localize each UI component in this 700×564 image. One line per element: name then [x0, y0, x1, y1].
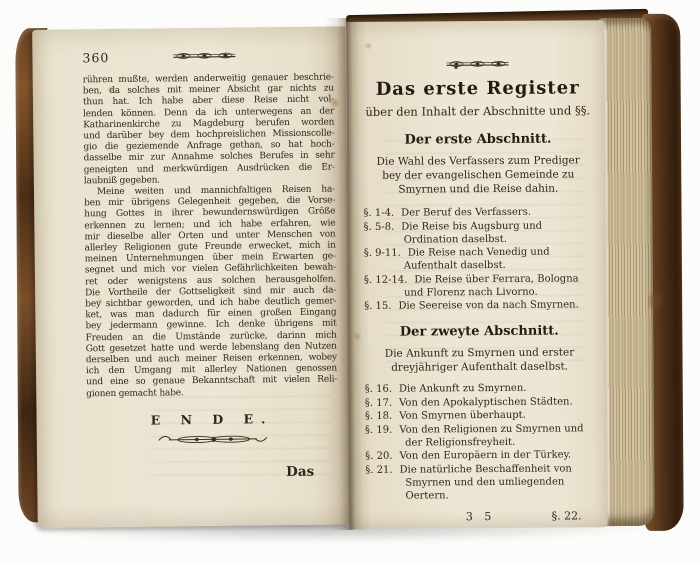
register-entry: §. 21.Die natürliche Beschaffenheit von … — [365, 462, 595, 503]
entry-paragraph-ref: §. 12-14. — [364, 274, 407, 285]
entry-paragraph-ref: §. 20. — [365, 451, 392, 462]
register-entry: §. 17.Von den Apokalyptischen Städten. — [365, 395, 595, 410]
entry-paragraph-ref: §. 1-4. — [363, 208, 394, 219]
entry-paragraph-ref: §. 17. — [365, 397, 392, 408]
entry-paragraph-ref: §. 16. — [365, 384, 392, 395]
register-entry: §. 9-11.Die Reise nach Venedig und Aufen… — [364, 245, 594, 273]
register-entry: §. 1-4.Der Beruf des Verfassers. — [363, 205, 593, 220]
headpiece-ornament-icon — [173, 51, 235, 62]
entry-text: Der Beruf des Verfassers. — [401, 207, 531, 219]
entry-text: Die Seereise von da nach Smyrnen. — [398, 299, 578, 311]
section-intro: Die Wahl des Verfassers zum Prediger bey… — [363, 153, 593, 197]
tailpiece-ornament-icon — [156, 431, 268, 446]
right-page-footer: 3 5 §. 22. — [366, 509, 596, 525]
headpiece-ornament-icon — [446, 59, 508, 69]
entry-text: Von den Religionen zu Smyrnen und der Re… — [399, 423, 583, 448]
section-entries: §. 16.Die Ankunft zu Smyrnen. §. 17.Von … — [365, 381, 596, 502]
page-block-fore-edge — [599, 18, 655, 526]
page-number: 360 — [82, 50, 109, 65]
entry-text: Von den Apokalyptischen Städten. — [399, 396, 573, 408]
end-mark: E N D E. — [86, 410, 337, 428]
left-page: 360 rühren mußte, werden anderweitig gen… — [32, 26, 351, 528]
entry-paragraph-ref: §. 18. — [365, 411, 392, 422]
right-page: Das erste Register über den Inhalt der A… — [346, 20, 608, 529]
register-subtitle: über den Inhalt der Abschnitte und §§. — [363, 103, 593, 119]
entry-text: Die Reise nach Venedig und Aufenthalt da… — [404, 247, 550, 272]
entry-text: Die natürliche Beschaffenheit von Smyrne… — [400, 463, 572, 501]
section-heading: Der erste Abschnitt. — [363, 131, 593, 148]
entry-paragraph-ref: §. 15. — [364, 301, 391, 312]
register-entry: §. 16.Die Ankunft zu Smyrnen. — [365, 381, 595, 396]
book: 360 rühren mußte, werden anderweitig gen… — [0, 0, 700, 564]
entry-text: Von Smyrnen überhaupt. — [399, 410, 526, 422]
register-entry: §. 12-14.Die Reise über Ferrara, Bologna… — [364, 272, 594, 300]
entry-text: Die Reise über Ferrara, Bologna und Flor… — [404, 273, 579, 298]
right-page-text-block: Das erste Register über den Inhalt der A… — [362, 32, 595, 524]
photo-background: 360 rühren mußte, werden anderweitig gen… — [0, 0, 700, 564]
entry-paragraph-ref: §. 21. — [365, 464, 392, 475]
section-intro: Die Ankunft zu Smyrnen und erster dreyjä… — [364, 345, 594, 375]
entry-paragraph-ref: §. 19. — [365, 424, 392, 435]
section-entries: §. 1-4.Der Beruf des Verfassers. §. 5-8.… — [363, 205, 594, 313]
register-entry: §. 15.Die Seereise von da nach Smyrnen. — [364, 298, 594, 313]
section-heading: Der zweyte Abschnitt. — [364, 323, 594, 340]
left-page-header: 360 — [82, 46, 333, 65]
text-line: gionen gemacht habe. — [86, 386, 337, 400]
entry-text: Die Reise bis Augsburg und Ordination da… — [401, 220, 542, 245]
entry-paragraph-ref: §. 5-8. — [364, 221, 395, 232]
register-entry: §. 5-8.Die Reise bis Augsburg und Ordina… — [364, 219, 594, 247]
catchword: Das — [87, 463, 338, 482]
entry-text: Von den Europäern in der Türkey. — [399, 449, 571, 461]
register-entry: §. 19.Von den Religionen zu Smyrnen und … — [365, 422, 595, 450]
register-title: Das erste Register — [363, 77, 593, 100]
entry-paragraph-ref: §. 9-11. — [364, 248, 401, 259]
register-entry: §. 18.Von Smyrnen überhaupt. — [365, 408, 595, 423]
body-text: rühren mußte, werden anderweitig genauer… — [83, 72, 338, 400]
catchword: §. 22. — [552, 509, 582, 522]
signature-mark: 3 5 — [466, 509, 496, 522]
register-entry: §. 20.Von den Europäern in der Türkey. — [365, 448, 595, 463]
left-page-text-block: 360 rühren mußte, werden anderweitig gen… — [82, 42, 338, 482]
entry-text: Die Ankunft zu Smyrnen. — [399, 383, 527, 395]
